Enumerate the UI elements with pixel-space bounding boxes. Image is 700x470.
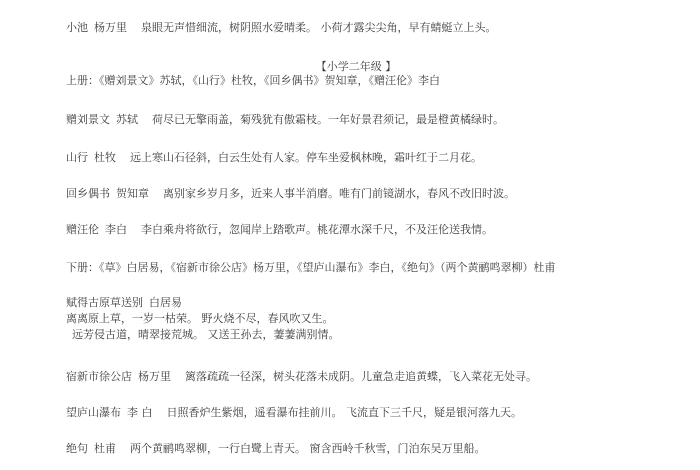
poem-author: 白居易 [149,296,182,309]
grass-poem-heading: 赋得古原草送别白居易 [66,296,182,310]
grass-poem-line-2: 远芳侵古道，晴翠接荒城。 又送王孙去，萋萋满别情。 [72,328,340,342]
poem-title: 赋得古原草送别 [66,296,143,309]
poem-author: 贺知章 [116,187,149,200]
poem-title: 赠汪伦 [66,223,99,236]
poem-line: 宿新市徐公店杨万里篱落疏疏一径深，树头花落未成阴。儿童急走追黄蝶，飞入菜花无处寻… [66,370,537,384]
poem-author: 杨万里 [138,370,171,383]
poem-author: 苏轼 [116,113,138,126]
poem-title: 赠刘景文 [66,113,110,126]
poem-line: 赠刘景文苏轼荷尽已无擎雨盖，菊残犹有傲霜枝。一年好景君须记，最是橙黄橘绿时。 [66,113,504,127]
poem-text: 远上寒山石径斜，白云生处有人家。停车坐爱枫林晚，霜叶红于二月花。 [130,151,482,164]
poem-title: 望庐山瀑布 [66,406,121,419]
poem-author: 杜甫 [94,442,116,455]
poem-line: 山行杜牧远上寒山石径斜，白云生处有人家。停车坐爱枫林晚，霜叶红于二月花。 [66,151,482,165]
poem-author: 李 白 [127,406,153,419]
poem-title: 小池 [66,21,88,34]
poem-text: 泉眼无声惜细流，树阴照水爱晴柔。 小荷才露尖尖角，早有蜻蜓立上头。 [141,21,497,34]
document-page: 小池杨万里泉眼无声惜细流，树阴照水爱晴柔。 小荷才露尖尖角，早有蜻蜓立上头。 【… [0,0,700,470]
poem-title: 山行 [66,151,88,164]
grade-heading: 【小学二年级 】 [6,60,700,74]
poem-line: 赠汪伦李白李白乘舟将欲行，忽闻岸上踏歌声。桃花潭水深千尺，不及汪伦送我情。 [66,223,493,237]
poem-title: 回乡偶书 [66,187,110,200]
volume-1-summary: 上册：《赠刘景文》苏轼，《山行》杜牧，《回乡偶书》贺知章，《赠汪伦》李白 [66,74,440,88]
poem-line: 回乡偶书贺知章离别家乡岁月多，近来人事半消磨。唯有门前镜湖水，春风不改旧时波。 [66,187,515,201]
poem-author: 李白 [105,223,127,236]
volume-2-summary: 下册：《草》白居易，《宿新市徐公店》杨万里，《望庐山瀑布》李白，《绝句》（两个黄… [66,261,556,275]
poem-author: 杜牧 [94,151,116,164]
poem-text: 日照香炉生紫烟，遥看瀑布挂前川。 飞流直下三千尺，疑是银河落九天。 [167,406,523,419]
poem-line: 望庐山瀑布李 白日照香炉生紫烟，遥看瀑布挂前川。 飞流直下三千尺，疑是银河落九天… [66,406,522,420]
poem-title: 宿新市徐公店 [66,370,132,383]
poem-title: 绝句 [66,442,88,455]
poem-text: 离别家乡岁月多，近来人事半消磨。唯有门前镜湖水，春风不改旧时波。 [163,187,515,200]
poem-line: 绝句杜甫两个黄鹂鸣翠柳，一行白鹭上青天。 窗含西岭千秋雪，门泊东吴万里船。 [66,442,486,456]
poem-text: 两个黄鹂鸣翠柳，一行白鹭上青天。 窗含西岭千秋雪，门泊东吴万里船。 [130,442,486,455]
poem-text: 荷尽已无擎雨盖，菊残犹有傲霜枝。一年好景君须记，最是橙黄橘绿时。 [152,113,504,126]
grass-poem-line-1: 离离原上草，一岁一枯荣。 野火烧不尽，春风吹又生。 [66,312,334,326]
poem-line-xiaochi: 小池杨万里泉眼无声惜细流，树阴照水爱晴柔。 小荷才露尖尖角，早有蜻蜓立上头。 [66,21,497,35]
poem-text: 篱落疏疏一径深，树头花落未成阴。儿童急走追黄蝶，飞入菜花无处寻。 [185,370,537,383]
poem-text: 李白乘舟将欲行，忽闻岸上踏歌声。桃花潭水深千尺，不及汪伦送我情。 [141,223,493,236]
poem-author: 杨万里 [94,21,127,34]
